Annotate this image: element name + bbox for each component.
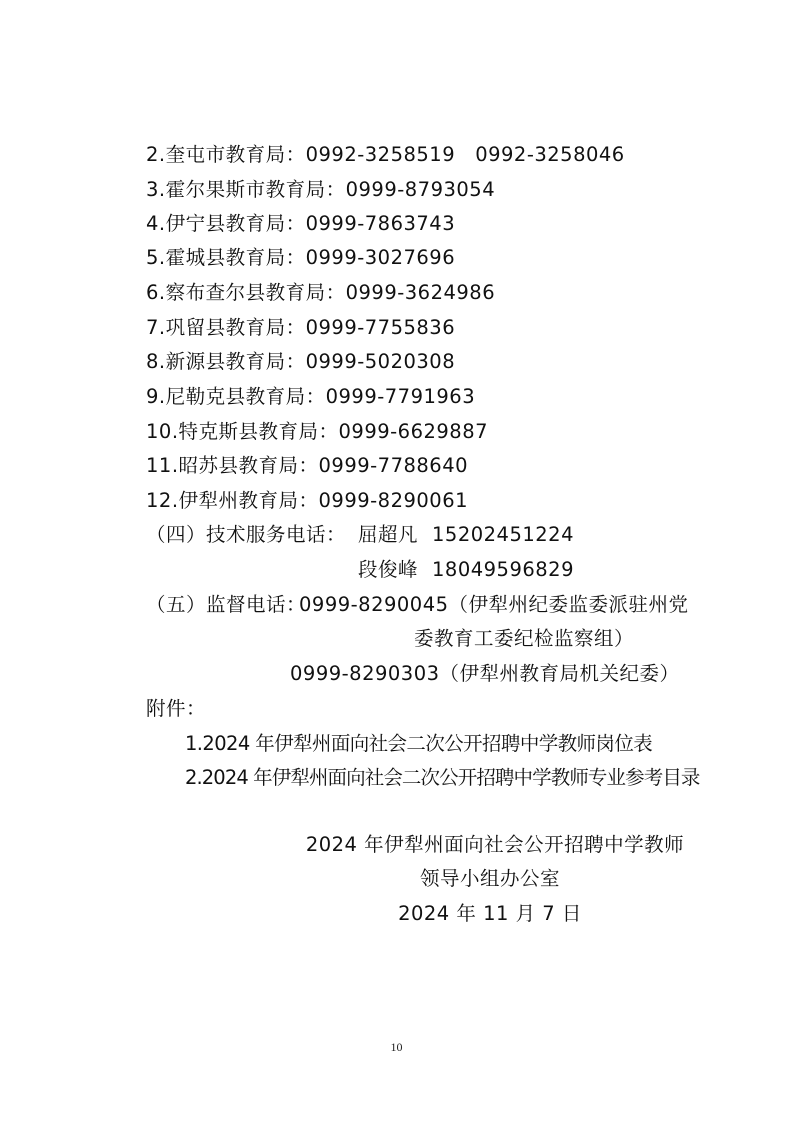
attachment-item: 1.2024 年伊犁州面向社会二次公开招聘中学教师岗位表 [185, 732, 652, 756]
supervision-line: 0999-8290303（伊犁州教育局机关纪委） [290, 662, 680, 686]
supervision-line: 0999-8290045（伊犁州纪委监委派驻州党 [299, 593, 689, 617]
signature-org-office: 领导小组办公室 [280, 867, 700, 891]
bureau-contact-line: 10.特克斯县教育局：0999-6629887 [146, 420, 488, 444]
tech-contact-name: 段俊峰 [358, 558, 418, 582]
bureau-contact-line: 4.伊宁县教育局：0999-7863743 [146, 212, 455, 236]
bureau-contact-line: 7.巩留县教育局：0999-7755836 [146, 316, 455, 340]
bureau-contact-line: 6.察布查尔县教育局：0999-3624986 [146, 281, 495, 305]
supervision-heading: （五）监督电话： [146, 593, 306, 617]
bureau-contact-line: 11.昭苏县教育局：0999-7788640 [146, 454, 468, 478]
bureau-contact-line: 5.霍城县教育局：0999-3027696 [146, 246, 455, 270]
attachment-item: 2.2024 年伊犁州面向社会二次公开招聘中学教师专业参考目录 [185, 766, 700, 790]
tech-contact-name: 屈超凡 [358, 523, 418, 547]
tech-support-heading: （四）技术服务电话： [146, 523, 346, 547]
supervision-line: 委教育工委纪检监察组） [414, 627, 634, 651]
page-number: 10 [0, 1040, 793, 1055]
attachments-heading: 附件： [146, 697, 206, 721]
tech-contact-phone: 15202451224 [432, 523, 574, 547]
bureau-contact-line: 3.霍尔果斯市教育局：0999-8793054 [146, 178, 495, 202]
bureau-contact-line: 8.新源县教育局：0999-5020308 [146, 350, 455, 374]
bureau-contact-line: 12.伊犁州教育局：0999-8290061 [146, 489, 468, 513]
signature-date: 2024 年 11 月 7 日 [280, 902, 700, 926]
bureau-contact-line: 2.奎屯市教育局：0992-3258519 0992-3258046 [146, 143, 625, 167]
tech-contact-phone: 18049596829 [432, 558, 574, 582]
signature-org: 2024 年伊犁州面向社会公开招聘中学教师 [280, 833, 710, 857]
bureau-contact-line: 9.尼勒克县教育局：0999-7791963 [146, 385, 475, 409]
